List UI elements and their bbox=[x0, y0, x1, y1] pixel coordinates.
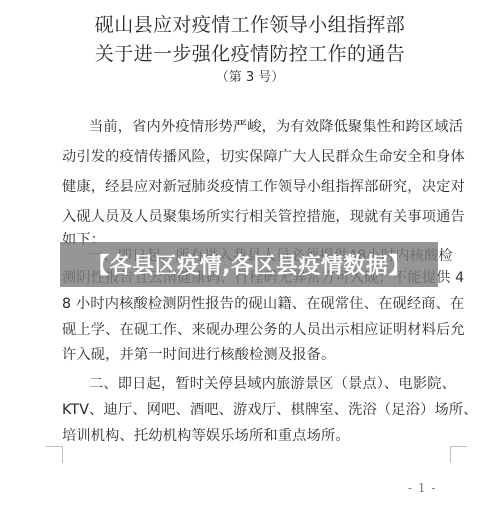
item2-line: 培训机构、托幼机构等娱乐场所和重点场所。 bbox=[62, 426, 452, 446]
intro-line: 当前，省内外疫情形势严峻，为有效降低聚集性和跨区域活 bbox=[89, 117, 452, 137]
document-title-line1: 砚山县应对疫情工作领导小组指挥部 bbox=[0, 10, 500, 37]
item2-line: KTV、迪厅、网吧、酒吧、游戏厅、棋牌室、洗浴（足浴）场所、 bbox=[62, 400, 452, 420]
page-number: - 1 - bbox=[408, 481, 436, 495]
item1-line: 8 小时内核酸检测阴性报告的砚山籍、在砚常住、在砚经商、在 bbox=[62, 294, 452, 314]
overlay-banner-text: 【各县区疫情,各区县疫情数据】 bbox=[87, 249, 411, 280]
intro-line: 动引发的疫情传播风险，切实保障广大人民群众生命安全和身体 bbox=[62, 147, 452, 167]
item1-line: 砚上学、在砚工作、来砚办理公务的人员出示相应证明材料后允 bbox=[62, 320, 452, 340]
item2-line: 二、即日起，暂时关停县域内旅游景区（景点）、电影院、 bbox=[89, 374, 452, 394]
page-corner-mark-right bbox=[450, 446, 467, 463]
issue-number: （第 3 号） bbox=[0, 66, 500, 85]
intro-line: 入砚人员及人员聚集场所实行相关管控措施，现就有关事项通告 bbox=[62, 207, 452, 227]
overlay-banner: 【各县区疫情,各区县疫情数据】 bbox=[60, 242, 438, 287]
document-page: 砚山县应对疫情工作领导小组指挥部 关于进一步强化疫情防控工作的通告 （第 3 号… bbox=[0, 0, 500, 528]
item1-line: 许入砚，并第一时间进行核酸检测及报备。 bbox=[62, 345, 452, 365]
intro-line: 健康，经县应对新冠肺炎疫情工作领导小组指挥部研究，决定对 bbox=[62, 177, 452, 197]
page-corner-mark-left bbox=[46, 446, 63, 463]
document-title-line2: 关于进一步强化疫情防控工作的通告 bbox=[0, 39, 500, 66]
